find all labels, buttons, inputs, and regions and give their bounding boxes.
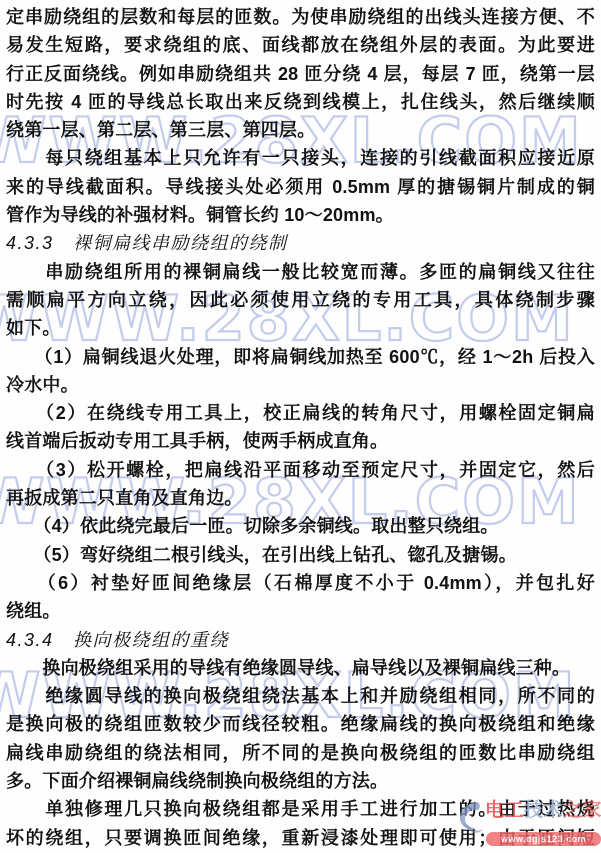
text-line: 冷水中。 [6, 371, 595, 399]
section-heading: 4.3.3 裸铜扁线串励绕组的绕制 [6, 229, 595, 257]
text-line: 管作为导线的补强材料。铜管长约 10～20mm。 [6, 201, 595, 229]
text-line: 坏的绕组，只要调换匝间绝缘，重新浸漆处理即可使用；由于匝间短 [6, 824, 595, 852]
text-line: 扁线串励绕组的绕法相同，所不同的是换向极绕组的匝数比串励绕组 [6, 739, 595, 767]
text-line: 绕组。 [6, 597, 595, 625]
text-line: 绝缘圆导线的换向极绕组绕法基本上和并励绕组相同，所不同的 [6, 682, 595, 710]
text-line: 线首端后扳动专用工具手柄，使两手柄成直角。 [6, 427, 595, 455]
text-line: 换向极绕组采用的导线有绝缘圆导线、扁导线以及裸铜扁线三种。 [6, 654, 595, 682]
text-line: （5）弯好绕组二根引线头，在引出线上钻孔、锪孔及搪锡。 [6, 541, 595, 569]
text-line: 定串励绕组的层数和每层的匝数。为使串励绕组的出线头连接方便、不 [6, 3, 595, 31]
text-line: 单独修理几只换向极绕组都是采用手工进行加工的。由于过热烧 [6, 795, 595, 823]
text-line: 时先按 4 匝的导线总长取出来反绕到线模上，扎住线头，然后继续顺 [6, 88, 595, 116]
document-text: 定串励绕组的层数和每层的匝数。为使串励绕组的出线头连接方便、不易发生短路，要求绕… [6, 3, 595, 852]
text-line: （3）松开螺栓，把扁线沿平面移动至预定尺寸，并固定它，然后 [6, 456, 595, 484]
text-line: 绕第一层、第二层、第三层、第四层。 [6, 116, 595, 144]
text-line: 多。下面介绍裸铜扁线绕制换向极绕组的方法。 [6, 767, 595, 795]
text-line: （1）扁铜线退火处理，即将扁铜线加热至 600℃，经 1～2h 后投入 [6, 343, 595, 371]
scanned-document-page: WWW.28XL.COMWWW.28XL.COMWWW.28XL.COMWWW.… [0, 0, 601, 853]
text-line: （4）依此绕完最后一匝。切除多余铜线。取出整只绕组。 [6, 512, 595, 540]
text-line: 是换向极的绕组匝数较少而线径较粗。绝缘扁线的换向极绕组和绝缘 [6, 710, 595, 738]
text-line: 再扳成第二只直角及直角边。 [6, 484, 595, 512]
text-line: （2）在绕线专用工具上，校正扁线的转角尺寸，用螺栓固定铜扁 [6, 399, 595, 427]
section-heading: 4.3.4 换向极绕组的重绕 [6, 626, 595, 654]
text-line: 行正反面绕线。例如串励绕组共 28 匝分绕 4 层，每层 7 匝，绕第一层 [6, 60, 595, 88]
text-line: 易发生短路，要求绕组的底、面线都放在绕组外层的表面。为此要进 [6, 31, 595, 59]
text-line: （6）衬垫好匝间绝缘层（石棉厚度不小于 0.4mm），并包扎好 [6, 569, 595, 597]
text-line: 来的导线截面积。导线接头处必须用 0.5mm 厚的搪锡铜片制成的铜 [6, 173, 595, 201]
text-line: 串励绕组所用的裸铜扁线一般比较宽而薄。多匝的扁铜线又往往 [6, 258, 595, 286]
text-line: 如下。 [6, 314, 595, 342]
text-line: 需顺扁平方向立绕，因此必须使用立绕的专用工具，具体绕制步骤 [6, 286, 595, 314]
text-line: 每只绕组基本上只允许有一只接头，连接的引线截面积应接近原 [6, 144, 595, 172]
